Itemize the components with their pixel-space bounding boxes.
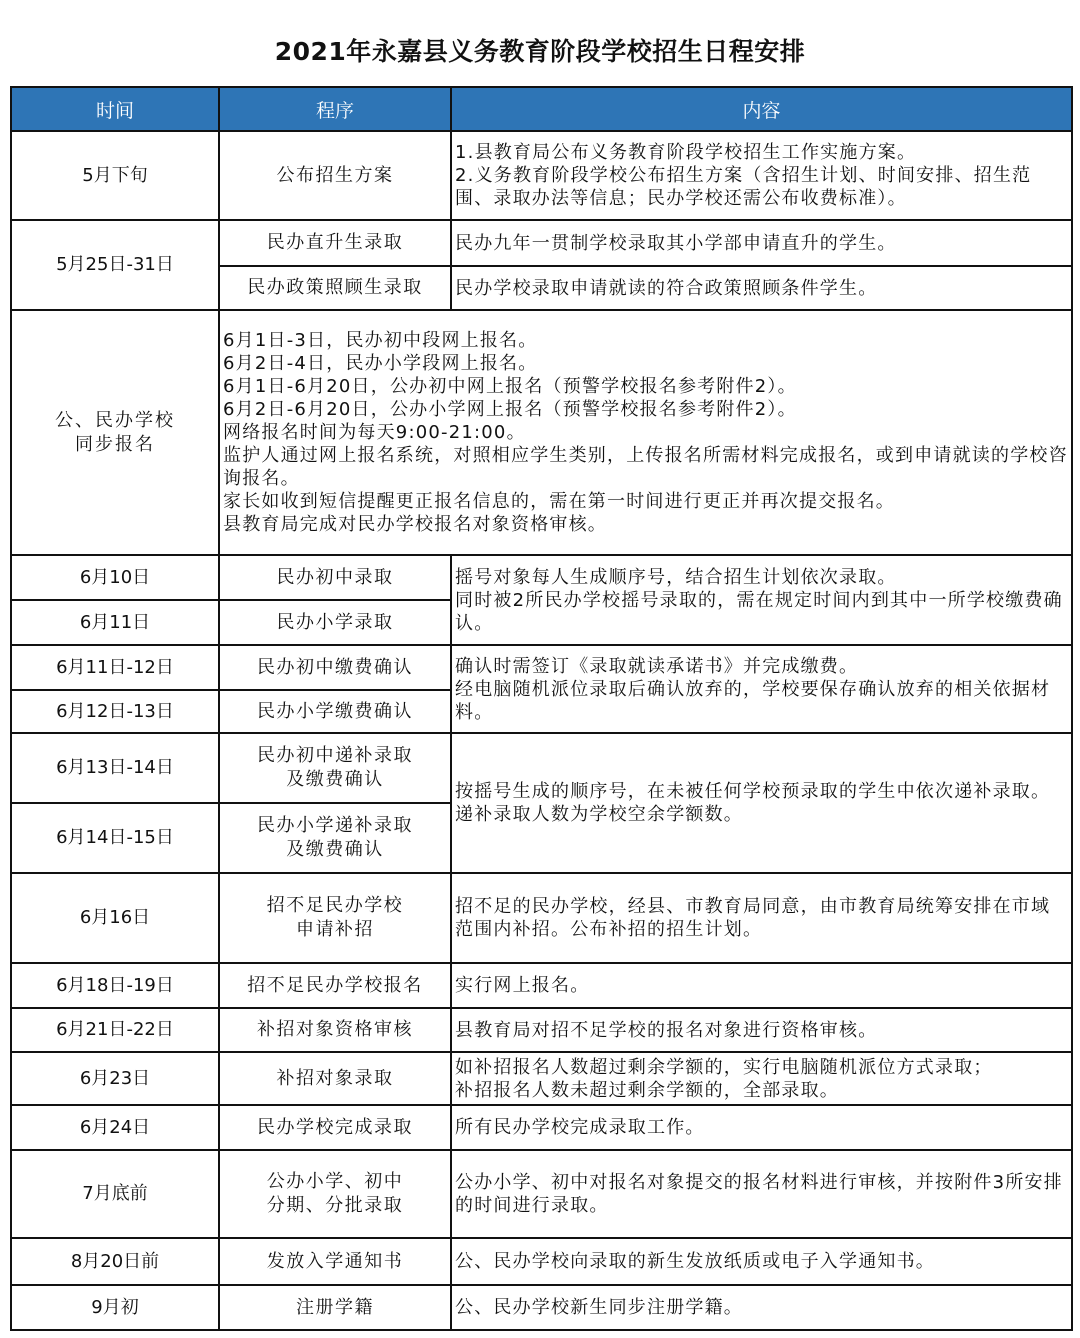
table-row: 6月10日 民办初中录取 摇号对象每人生成顺序号，结合招生计划依次录取。 同时被… <box>11 555 1072 600</box>
procedure-cell: 注册学籍 <box>219 1285 451 1330</box>
procedure-text: 公办小学、初中 <box>220 1170 450 1194</box>
procedure-text: 民办小学录取 <box>220 611 450 635</box>
procedure-text: 民办小学缴费确认 <box>220 700 450 724</box>
content-line: 按摇号生成的顺序号，在未被任何学校预录取的学生中依次递补录取。递补录取人数为学校… <box>455 780 1069 826</box>
table-row: 公、民办学校 同步报名 6月1日-3日，民办初中段网上报名。 6月2日-4日，民… <box>11 310 1072 555</box>
content-cell: 公办小学、初中对报名对象提交的报名材料进行审核，并按附件3所安排的时间进行录取。 <box>451 1150 1072 1238</box>
content-line: 民办九年一贯制学校录取其小学部申请直升的学生。 <box>455 232 1069 255</box>
procedure-cell: 发放入学通知书 <box>219 1238 451 1285</box>
content-cell: 县教育局对招不足学校的报名对象进行资格审核。 <box>451 1008 1072 1052</box>
time-cell: 6月18日-19日 <box>11 963 219 1008</box>
content-line: 监护人通过网上报名系统，对照相应学生类别，上传报名所需材料完成报名，或到申请就读… <box>223 444 1069 490</box>
content-line: 所有民办学校完成录取工作。 <box>455 1116 1069 1139</box>
content-line: 县教育局对招不足学校的报名对象进行资格审核。 <box>455 1019 1069 1042</box>
content-line: 确认时需签订《录取就读承诺书》并完成缴费。 <box>455 655 1069 678</box>
procedure-cell: 民办初中递补录取 及缴费确认 <box>219 733 451 803</box>
procedure-cell: 民办初中录取 <box>219 555 451 600</box>
time-cell: 6月11日 <box>11 600 219 645</box>
content-line: 摇号对象每人生成顺序号，结合招生计划依次录取。 <box>455 566 1069 589</box>
content-line: 经电脑随机派位录取后确认放弃的，学校要保存确认放弃的相关依据材料。 <box>455 678 1069 724</box>
time-cell: 9月初 <box>11 1285 219 1330</box>
content-cell: 公、民办学校向录取的新生发放纸质或电子入学通知书。 <box>451 1238 1072 1285</box>
time-text: 同步报名 <box>12 433 218 457</box>
content-cell: 1.县教育局公布义务教育阶段学校招生工作实施方案。 2.义务教育阶段学校公布招生… <box>451 131 1072 220</box>
table-row: 6月11日-12日 民办初中缴费确认 确认时需签订《录取就读承诺书》并完成缴费。… <box>11 645 1072 690</box>
content-line: 招不足的民办学校，经县、市教育局同意，由市教育局统筹安排在市域范围内补招。公布补… <box>455 895 1069 941</box>
time-cell: 6月21日-22日 <box>11 1008 219 1052</box>
column-header-procedure: 程序 <box>219 87 451 131</box>
time-cell: 5月下旬 <box>11 131 219 220</box>
content-cell: 如补招报名人数超过剩余学额的，实行电脑随机派位方式录取； 补招报名人数未超过剩余… <box>451 1052 1072 1105</box>
content-line: 县教育局完成对民办学校报名对象资格审核。 <box>223 513 1069 536</box>
content-cell: 公、民办学校新生同步注册学籍。 <box>451 1285 1072 1330</box>
time-cell: 6月13日-14日 <box>11 733 219 803</box>
procedure-text: 及缴费确认 <box>220 838 450 862</box>
column-header-content: 内容 <box>451 87 1072 131</box>
procedure-text: 注册学籍 <box>220 1296 450 1320</box>
content-line: 6月2日-4日，民办小学段网上报名。 <box>223 352 1069 375</box>
time-cell: 6月16日 <box>11 873 219 963</box>
time-cell: 8月20日前 <box>11 1238 219 1285</box>
schedule-table: 时间 程序 内容 5月下旬 公布招生方案 1.县教育局公布义务教育阶段学校招生工… <box>10 86 1073 1331</box>
procedure-text: 民办初中录取 <box>220 566 450 590</box>
content-line: 如补招报名人数超过剩余学额的，实行电脑随机派位方式录取； <box>455 1056 1069 1079</box>
time-cell: 6月23日 <box>11 1052 219 1105</box>
procedure-text: 民办初中缴费确认 <box>220 656 450 680</box>
content-line: 公、民办学校新生同步注册学籍。 <box>455 1296 1069 1319</box>
procedure-cell: 招不足民办学校报名 <box>219 963 451 1008</box>
table-header-row: 时间 程序 内容 <box>11 87 1072 131</box>
content-line: 6月1日-3日，民办初中段网上报名。 <box>223 329 1069 352</box>
content-cell: 招不足的民办学校，经县、市教育局同意，由市教育局统筹安排在市域范围内补招。公布补… <box>451 873 1072 963</box>
procedure-text: 公布招生方案 <box>220 164 450 188</box>
procedure-text: 民办政策照顾生录取 <box>220 276 450 300</box>
procedure-text: 民办学校完成录取 <box>220 1116 450 1140</box>
content-cell: 所有民办学校完成录取工作。 <box>451 1105 1072 1150</box>
table-row: 6月18日-19日 招不足民办学校报名 实行网上报名。 <box>11 963 1072 1008</box>
table-row: 6月24日 民办学校完成录取 所有民办学校完成录取工作。 <box>11 1105 1072 1150</box>
content-line: 1.县教育局公布义务教育阶段学校招生工作实施方案。 <box>455 141 1069 164</box>
procedure-cell: 民办小学缴费确认 <box>219 690 451 733</box>
content-line: 民办学校录取申请就读的符合政策照顾条件学生。 <box>455 277 1069 300</box>
content-cell: 确认时需签订《录取就读承诺书》并完成缴费。 经电脑随机派位录取后确认放弃的，学校… <box>451 645 1072 733</box>
content-line: 公、民办学校向录取的新生发放纸质或电子入学通知书。 <box>455 1250 1069 1273</box>
procedure-text: 分期、分批录取 <box>220 1194 450 1218</box>
procedure-cell: 民办学校完成录取 <box>219 1105 451 1150</box>
procedure-text: 招不足民办学校报名 <box>220 974 450 998</box>
content-line: 公办小学、初中对报名对象提交的报名材料进行审核，并按附件3所安排的时间进行录取。 <box>455 1171 1069 1217</box>
table-row: 6月16日 招不足民办学校 申请补招 招不足的民办学校，经县、市教育局同意，由市… <box>11 873 1072 963</box>
procedure-text: 补招对象资格审核 <box>220 1018 450 1042</box>
table-row: 6月23日 补招对象录取 如补招报名人数超过剩余学额的，实行电脑随机派位方式录取… <box>11 1052 1072 1105</box>
time-cell: 公、民办学校 同步报名 <box>11 310 219 555</box>
content-cell: 按摇号生成的顺序号，在未被任何学校预录取的学生中依次递补录取。递补录取人数为学校… <box>451 733 1072 873</box>
procedure-cell: 民办小学递补录取 及缴费确认 <box>219 803 451 873</box>
procedure-text: 申请补招 <box>220 918 450 942</box>
content-cell: 民办学校录取申请就读的符合政策照顾条件学生。 <box>451 266 1072 310</box>
content-line: 补招报名人数未超过剩余学额的，全部录取。 <box>455 1079 1069 1102</box>
content-cell: 摇号对象每人生成顺序号，结合招生计划依次录取。 同时被2所民办学校摇号录取的，需… <box>451 555 1072 645</box>
content-cell: 实行网上报名。 <box>451 963 1072 1008</box>
procedure-cell: 民办小学录取 <box>219 600 451 645</box>
time-cell: 6月12日-13日 <box>11 690 219 733</box>
content-line: 6月2日-6月20日，公办小学网上报名（预警学校报名参考附件2）。 <box>223 398 1069 421</box>
time-cell: 6月14日-15日 <box>11 803 219 873</box>
table-row: 7月底前 公办小学、初中 分期、分批录取 公办小学、初中对报名对象提交的报名材料… <box>11 1150 1072 1238</box>
procedure-text: 招不足民办学校 <box>220 894 450 918</box>
time-text: 公、民办学校 <box>12 409 218 433</box>
content-line: 6月1日-6月20日，公办初中网上报名（预警学校报名参考附件2）。 <box>223 375 1069 398</box>
time-cell: 7月底前 <box>11 1150 219 1238</box>
column-header-time: 时间 <box>11 87 219 131</box>
procedure-text: 民办直升生录取 <box>220 231 450 255</box>
content-line: 实行网上报名。 <box>455 974 1069 997</box>
procedure-text: 发放入学通知书 <box>220 1250 450 1274</box>
table-row: 8月20日前 发放入学通知书 公、民办学校向录取的新生发放纸质或电子入学通知书。 <box>11 1238 1072 1285</box>
procedure-cell: 补招对象录取 <box>219 1052 451 1105</box>
content-cell: 6月1日-3日，民办初中段网上报名。 6月2日-4日，民办小学段网上报名。 6月… <box>219 310 1072 555</box>
procedure-text: 补招对象录取 <box>220 1067 450 1091</box>
procedure-cell: 补招对象资格审核 <box>219 1008 451 1052</box>
table-row: 6月21日-22日 补招对象资格审核 县教育局对招不足学校的报名对象进行资格审核… <box>11 1008 1072 1052</box>
table-row: 9月初 注册学籍 公、民办学校新生同步注册学籍。 <box>11 1285 1072 1330</box>
content-line: 同时被2所民办学校摇号录取的，需在规定时间内到其中一所学校缴费确认。 <box>455 589 1069 635</box>
time-cell: 6月11日-12日 <box>11 645 219 690</box>
time-cell: 6月10日 <box>11 555 219 600</box>
procedure-cell: 民办初中缴费确认 <box>219 645 451 690</box>
time-cell: 5月25日-31日 <box>11 220 219 310</box>
table-row: 5月25日-31日 民办直升生录取 民办九年一贯制学校录取其小学部申请直升的学生… <box>11 220 1072 266</box>
content-line: 家长如收到短信提醒更正报名信息的，需在第一时间进行更正并再次提交报名。 <box>223 490 1069 513</box>
procedure-text: 民办小学递补录取 <box>220 814 450 838</box>
procedure-cell: 公办小学、初中 分期、分批录取 <box>219 1150 451 1238</box>
page-title: 2021年永嘉县义务教育阶段学校招生日程安排 <box>0 32 1080 68</box>
procedure-text: 及缴费确认 <box>220 768 450 792</box>
procedure-cell: 招不足民办学校 申请补招 <box>219 873 451 963</box>
content-cell: 民办九年一贯制学校录取其小学部申请直升的学生。 <box>451 220 1072 266</box>
content-line: 网络报名时间为每天9:00-21:00。 <box>223 421 1069 444</box>
table-row: 5月下旬 公布招生方案 1.县教育局公布义务教育阶段学校招生工作实施方案。 2.… <box>11 131 1072 220</box>
procedure-cell: 民办政策照顾生录取 <box>219 266 451 310</box>
procedure-cell: 民办直升生录取 <box>219 220 451 266</box>
table-row: 6月13日-14日 民办初中递补录取 及缴费确认 按摇号生成的顺序号，在未被任何… <box>11 733 1072 803</box>
procedure-text: 民办初中递补录取 <box>220 744 450 768</box>
time-cell: 6月24日 <box>11 1105 219 1150</box>
content-line: 2.义务教育阶段学校公布招生方案（含招生计划、时间安排、招生范围、录取办法等信息… <box>455 164 1069 210</box>
procedure-cell: 公布招生方案 <box>219 131 451 220</box>
